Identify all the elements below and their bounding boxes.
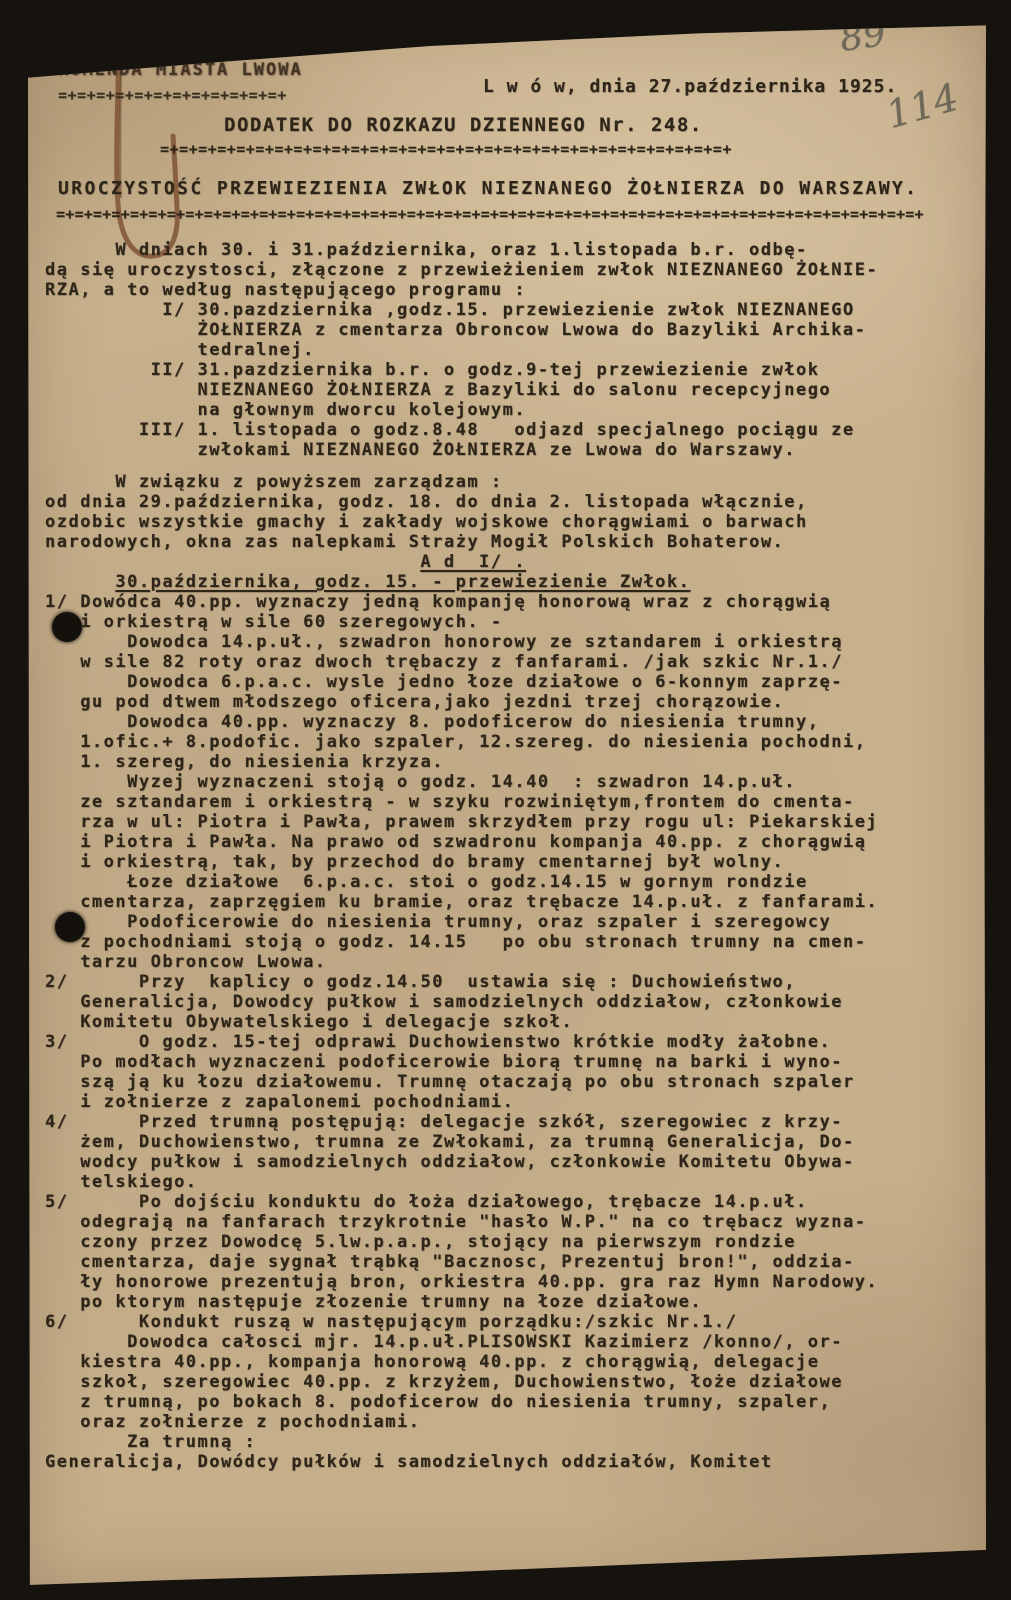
document-line: Podoficerowie do niesienia trumny, oraz … bbox=[45, 912, 975, 932]
document-line: 5/ Po dojściu konduktu do łoża działoweg… bbox=[45, 1192, 975, 1212]
document-line: i orkiestrą, tak, by przechod do bramy c… bbox=[45, 852, 975, 872]
document-line: i orkiestrą w sile 60 szeregowych. - bbox=[45, 612, 975, 632]
subject-line: UROCZYSTOŚĆ PRZEWIEZIENIA ZWŁOK NIEZNANE… bbox=[58, 178, 918, 199]
document-line: oraz zołnierze z pochodniami. bbox=[45, 1412, 975, 1432]
document-line: Łoze działowe 6.p.a.c. stoi o godz.14.15… bbox=[45, 872, 975, 892]
document-line: od dnia 29.października, godz. 18. do dn… bbox=[45, 492, 975, 512]
document-line: zwłokami NIEZNANEGO ŻOŁNIERZA ze Lwowa d… bbox=[45, 440, 975, 460]
dateline: L w ó w, dnia 27.października 1925. bbox=[483, 76, 897, 97]
document-line: Generalicja, Dowódcy pułków i samodzieln… bbox=[45, 1452, 975, 1472]
document-line: i Piotra i Pawła. Na prawo od szwadronu … bbox=[45, 832, 975, 852]
document-line: na głownym dworcu kolejowym. bbox=[45, 400, 975, 420]
document-line: 4/ Przed trumną postępują: delegacje szk… bbox=[45, 1112, 975, 1132]
document-line: żem, Duchowienstwo, trumna ze Zwłokami, … bbox=[45, 1132, 975, 1152]
document-line: kiestra 40.pp., kompanja honorową 40.pp.… bbox=[45, 1352, 975, 1372]
document-line: tedralnej. bbox=[45, 340, 975, 360]
document-line: gu pod dtwem młodszego oficera,jako jezd… bbox=[45, 692, 975, 712]
document-line: z trumną, po bokach 8. podoficerow do ni… bbox=[45, 1392, 975, 1412]
document-line: Generalicja, Dowodcy pułkow i samodzieln… bbox=[45, 992, 975, 1012]
document-line: odegrają na fanfarach trzykrotnie "hasło… bbox=[45, 1212, 975, 1232]
document-page: KOMENDA MIASTA LWOWA =+=+=+=+=+=+=+=+=+=… bbox=[28, 0, 986, 1588]
document-line: 1. szereg, do niesienia krzyza. bbox=[45, 752, 975, 772]
document-line: Dowodca 6.p.a.c. wysle jedno łoze działo… bbox=[45, 672, 975, 692]
document-line: RZA, a to według następującego programu … bbox=[45, 280, 975, 300]
document-line: z pochodniami stoją o godz. 14.15 po obu… bbox=[45, 932, 975, 952]
document-line: Komitetu Obywatelskiego i delegacje szko… bbox=[45, 1012, 975, 1032]
document-line: Po modłach wyznaczeni podoficerowie bior… bbox=[45, 1052, 975, 1072]
document-line: ŻOŁNIERZA z cmentarza Obroncow Lwowa do … bbox=[45, 320, 975, 340]
document-line: Za trumną : bbox=[45, 1432, 975, 1452]
document-title: DODATEK DO ROZKAZU DZIENNEGO Nr. 248. bbox=[224, 114, 703, 136]
document-line: 1/ Dowódca 40.pp. wyznaczy jedną kompanj… bbox=[45, 592, 975, 612]
document-line: dą się uroczystosci, złączone z przewież… bbox=[45, 260, 975, 280]
document-line: III/ 1. listopada o godz.8.48 odjazd spe… bbox=[45, 420, 975, 440]
document-line: cmentarza, daje sygnał trąbką "Bacznosc,… bbox=[45, 1252, 975, 1272]
document-line: Dowodca 14.p.uł., szwadron honorowy ze s… bbox=[45, 632, 975, 652]
document-line: narodowych, okna zas nalepkami Straży Mo… bbox=[45, 532, 975, 552]
document-line: po ktorym następuje złozenie trumny na ł… bbox=[45, 1292, 975, 1312]
document-line: NIEZNANEGO ŻOŁNIERZA z Bazyliki do salon… bbox=[45, 380, 975, 400]
document-line: w sile 82 roty oraz dwoch trębaczy z fan… bbox=[45, 652, 975, 672]
letterhead-underline: =+=+=+=+=+=+=+=+=+=+=+=+ bbox=[58, 86, 287, 104]
document-line: 3/ O godz. 15-tej odprawi Duchowienstwo … bbox=[45, 1032, 975, 1052]
document-line: ły honorowe prezentują bron, orkiestra 4… bbox=[45, 1272, 975, 1292]
subject-underline: =+=+=+=+=+=+=+=+=+=+=+=+=+=+=+=+=+=+=+=+… bbox=[56, 205, 924, 223]
document-line: wodcy pułkow i samodzielnych oddziałow, … bbox=[45, 1152, 975, 1172]
document-line: 1.ofic.+ 8.podofic. jako szpaler, 12.sze… bbox=[45, 732, 975, 752]
document-line: czony przez Dowodcę 5.lw.p.a.p., stojący… bbox=[45, 1232, 975, 1252]
letterhead-office: KOMENDA MIASTA LWOWA bbox=[58, 60, 303, 80]
document-line: A d I/ . bbox=[45, 552, 975, 572]
document-line: I/ 30.pazdziernika ,godz.15. przewiezien… bbox=[45, 300, 975, 320]
document-body: W dniach 30. i 31.października, oraz 1.l… bbox=[45, 240, 975, 1472]
document-line: II/ 31.pazdziernika b.r. o godz.9-tej pr… bbox=[45, 360, 975, 380]
document-line: szą ją ku łozu działowemu. Trumnę otacza… bbox=[45, 1072, 975, 1092]
document-line: 2/ Przy kaplicy o godz.14.50 ustawia się… bbox=[45, 972, 975, 992]
document-line: Dowodca 40.pp. wyznaczy 8. podoficerow d… bbox=[45, 712, 975, 732]
document-line: cmentarza, zaprzęgiem ku bramie, oraz tr… bbox=[45, 892, 975, 912]
document-line: rza w ul: Piotra i Pawła, prawem skrzydł… bbox=[45, 812, 975, 832]
document-line: Wyzej wyznaczeni stoją o godz. 14.40 : s… bbox=[45, 772, 975, 792]
document-line: W dniach 30. i 31.października, oraz 1.l… bbox=[45, 240, 975, 260]
document-line: 6/ Kondukt ruszą w następującym porządku… bbox=[45, 1312, 975, 1332]
title-underline: =+=+=+=+=+=+=+=+=+=+=+=+=+=+=+=+=+=+=+=+… bbox=[160, 140, 732, 158]
document-line: tarzu Obroncow Lwowa. bbox=[45, 952, 975, 972]
handwritten-page-number: 89 bbox=[837, 13, 888, 60]
document-line: W związku z powyższem zarządzam : bbox=[45, 472, 975, 492]
document-line: ozdobic wszystkie gmachy i zakłady wojsk… bbox=[45, 512, 975, 532]
document-line: 30.października, godz. 15. - przewiezien… bbox=[45, 572, 975, 592]
document-line: ze sztandarem i orkiestrą - w szyku rozw… bbox=[45, 792, 975, 812]
document-line: i zołnierze z zapalonemi pochodniami. bbox=[45, 1092, 975, 1112]
document-line: szkoł, szeregowiec 40.pp. z krzyżem, Duc… bbox=[45, 1372, 975, 1392]
document-line: telskiego. bbox=[45, 1172, 975, 1192]
document-line: Dowodca całosci mjr. 14.p.uł.PLISOWSKI K… bbox=[45, 1332, 975, 1352]
